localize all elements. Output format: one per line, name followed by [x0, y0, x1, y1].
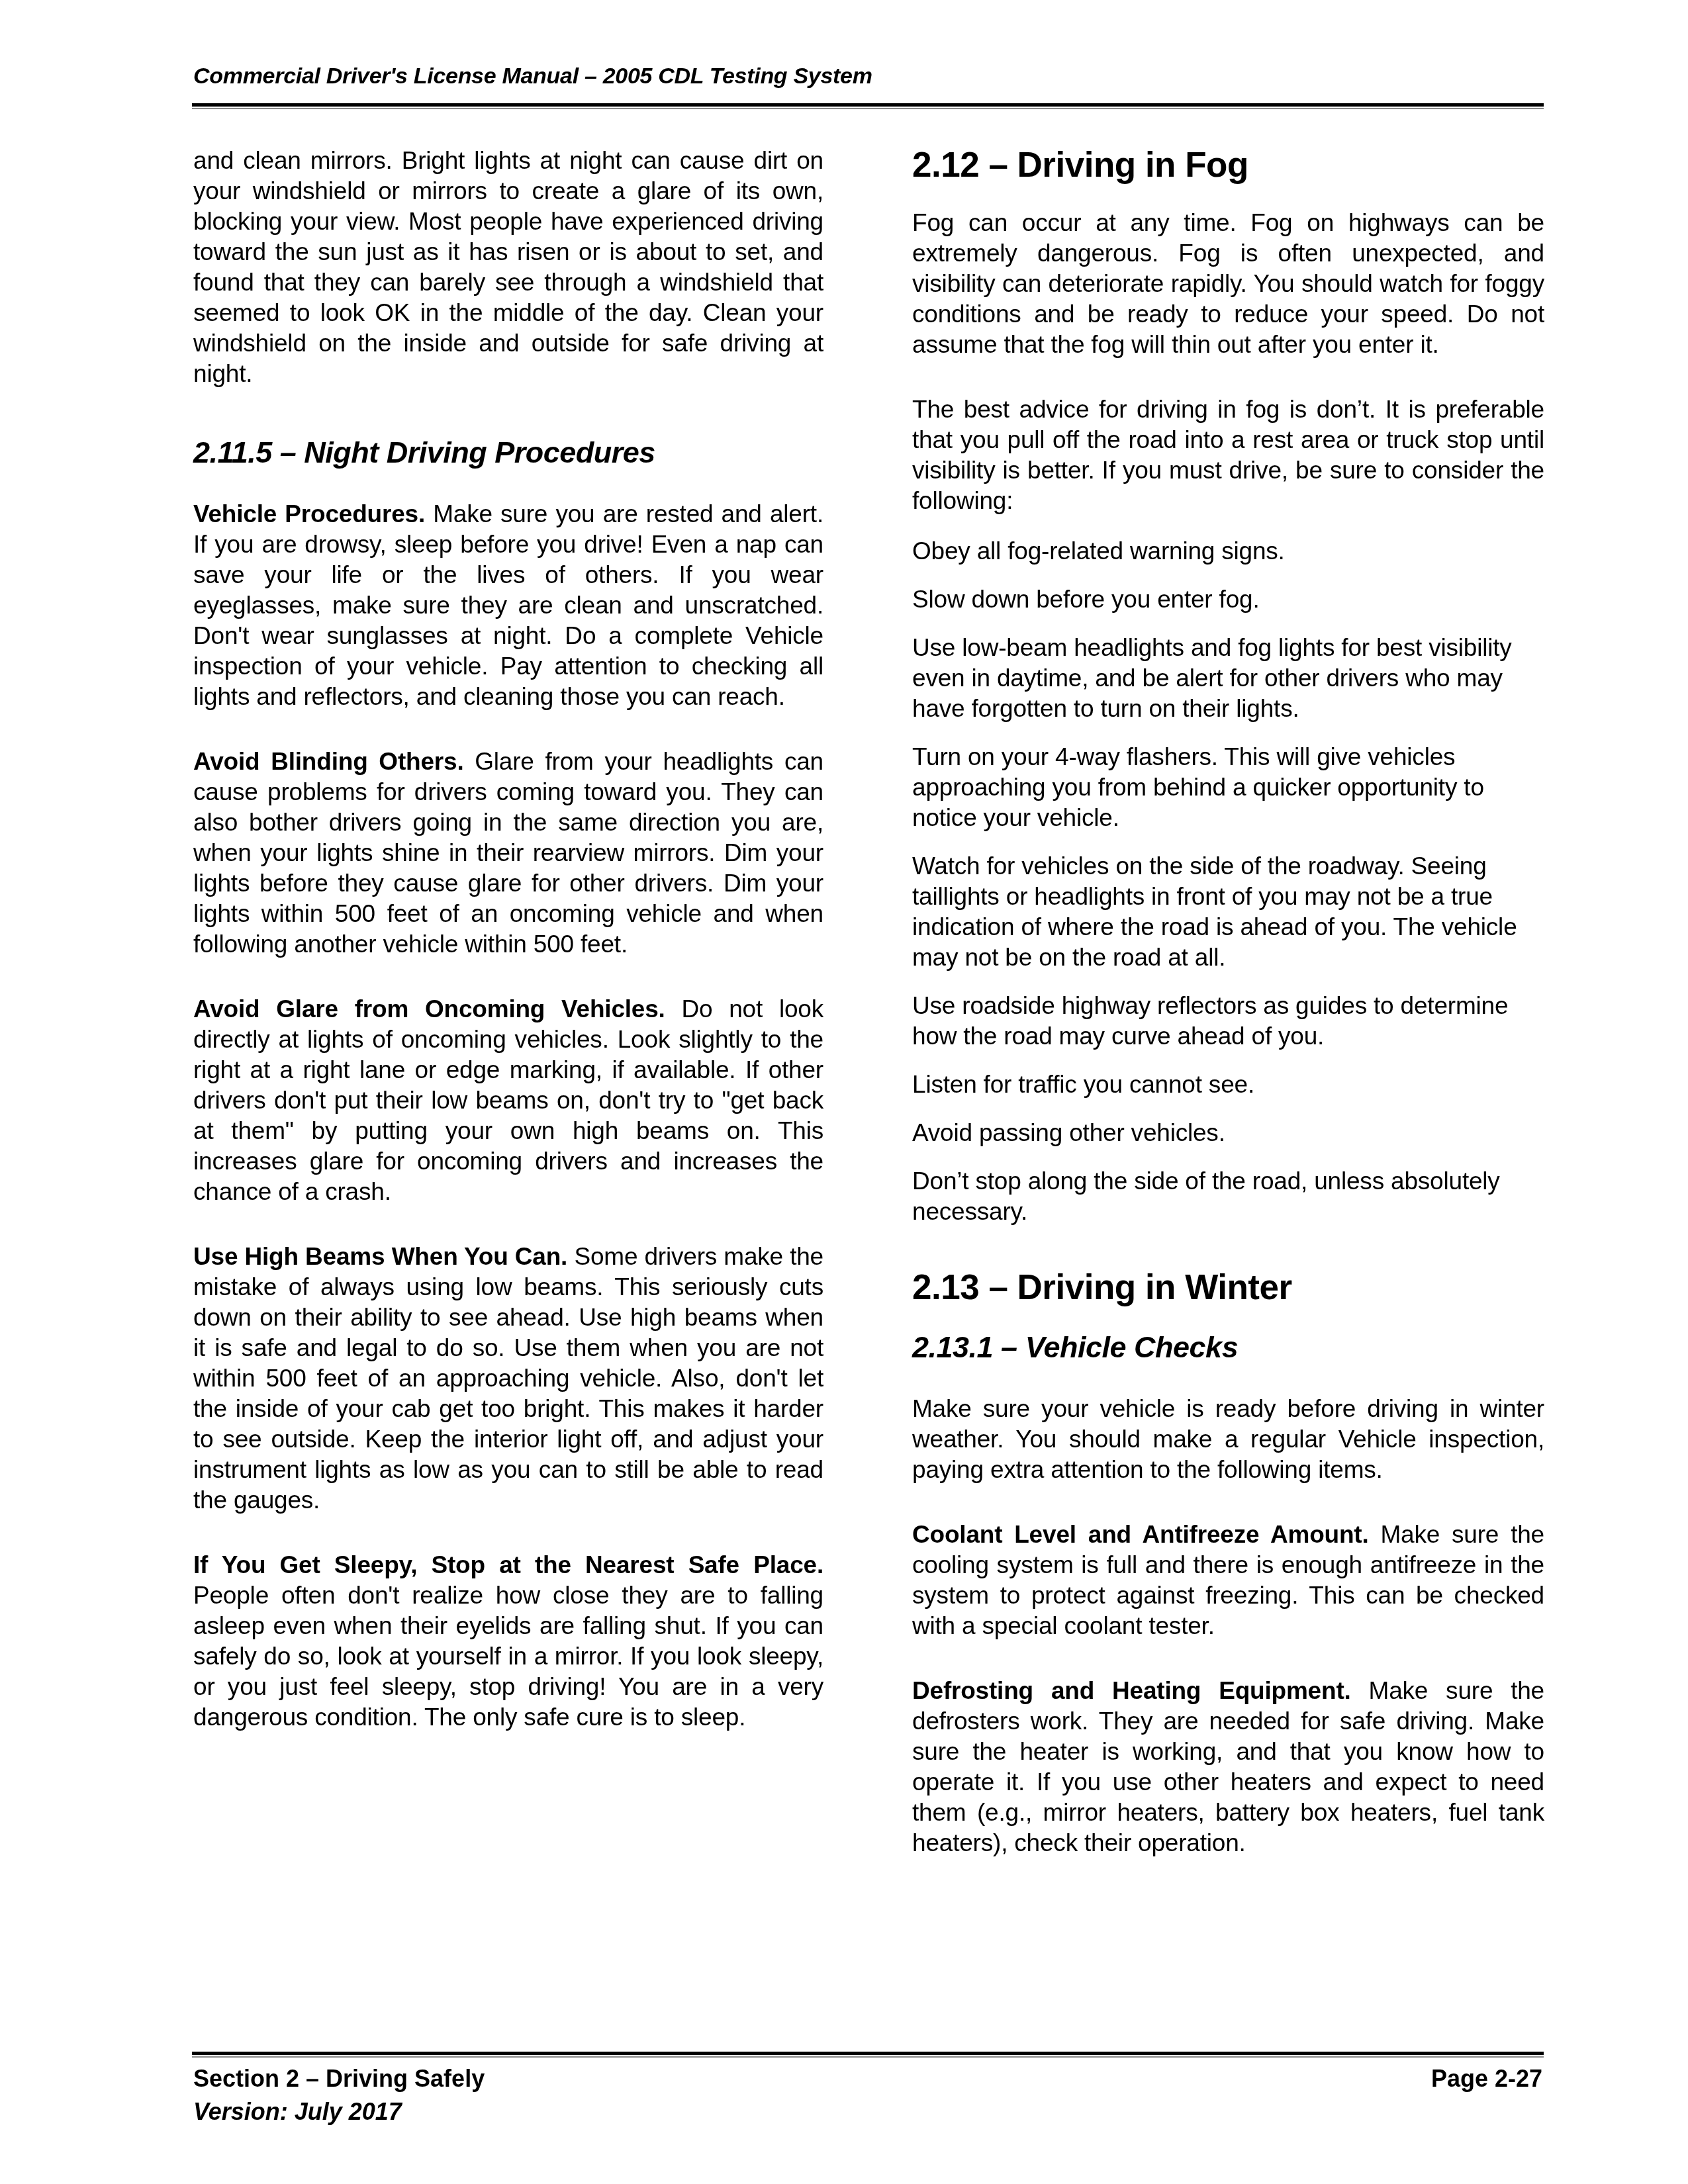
paragraph-vehicle-procedures: Vehicle Procedures. Make sure you are re… [193, 499, 823, 712]
fog-item-flashers: Turn on your 4-way flashers. This will g… [912, 742, 1544, 833]
paragraph-avoid-blinding-others: Avoid Blinding Others. Glare from your h… [193, 747, 823, 960]
fog-item-reflectors: Use roadside highway reflectors as guide… [912, 991, 1544, 1052]
avoid-glare-text: Do not look directly at lights of oncomi… [193, 995, 823, 1205]
high-beams-text: Some drivers make the mistake of always … [193, 1243, 823, 1514]
fog-item-slow-down: Slow down before you enter fog. [912, 584, 1544, 615]
vehicle-procedures-lead: Vehicle Procedures. [193, 500, 425, 527]
paragraph-high-beams: Use High Beams When You Can. Some driver… [193, 1242, 823, 1516]
manual-page: Commercial Driver's License Manual – 200… [0, 0, 1688, 2184]
paragraph-fog-advice: The best advice for driving in fog is do… [912, 394, 1544, 516]
header-rule [192, 103, 1544, 109]
high-beams-lead: Use High Beams When You Can. [193, 1243, 567, 1270]
paragraph-get-sleepy: If You Get Sleepy, Stop at the Nearest S… [193, 1550, 823, 1733]
footer-rule [192, 2052, 1544, 2058]
fog-item-obey-signs: Obey all fog-related warning signs. [912, 536, 1544, 567]
heading-vehicle-checks: 2.13.1 – Vehicle Checks [912, 1330, 1544, 1365]
heading-driving-in-fog: 2.12 – Driving in Fog [912, 146, 1544, 185]
sleepy-lead: If You Get Sleepy, Stop at the Nearest S… [193, 1551, 823, 1578]
fog-item-watch-roadside: Watch for vehicles on the side of the ro… [912, 851, 1544, 973]
avoid-blinding-text: Glare from your headlights can cause pro… [193, 748, 823, 958]
avoid-blinding-lead: Avoid Blinding Others. [193, 748, 463, 775]
right-column: 2.12 – Driving in Fog Fog can occur at a… [912, 146, 1544, 1893]
heading-night-driving-procedures: 2.11.5 – Night Driving Procedures [193, 435, 823, 470]
defrost-lead: Defrosting and Heating Equipment. [912, 1677, 1351, 1704]
left-column: and clean mirrors. Bright lights at nigh… [193, 146, 823, 1767]
paragraph-defrosting: Defrosting and Heating Equipment. Make s… [912, 1676, 1544, 1858]
fog-item-dont-stop: Don’t stop along the side of the road, u… [912, 1166, 1544, 1227]
paragraph-clean-mirrors: and clean mirrors. Bright lights at nigh… [193, 146, 823, 389]
footer-section-label: Section 2 – Driving Safely [193, 2065, 485, 2093]
footer-version-label: Version: July 2017 [193, 2098, 402, 2126]
avoid-glare-lead: Avoid Glare from Oncoming Vehicles. [193, 995, 665, 1023]
coolant-lead: Coolant Level and Antifreeze Amount. [912, 1521, 1369, 1548]
fog-item-low-beams: Use low-beam headlights and fog lights f… [912, 633, 1544, 724]
vehicle-procedures-text: Make sure you are rested and alert. If y… [193, 500, 823, 710]
heading-driving-in-winter: 2.13 – Driving in Winter [912, 1268, 1544, 1308]
paragraph-coolant: Coolant Level and Antifreeze Amount. Mak… [912, 1520, 1544, 1641]
sleepy-text: People often don't realize how close the… [193, 1582, 823, 1731]
fog-item-avoid-passing: Avoid passing other vehicles. [912, 1118, 1544, 1148]
paragraph-avoid-glare: Avoid Glare from Oncoming Vehicles. Do n… [193, 994, 823, 1207]
header-title: Commercial Driver's License Manual – 200… [193, 64, 872, 89]
fog-item-listen: Listen for traffic you cannot see. [912, 1069, 1544, 1100]
footer-page-number: Page 2-27 [1431, 2065, 1542, 2093]
paragraph-fog-intro: Fog can occur at any time. Fog on highwa… [912, 208, 1544, 360]
paragraph-winter-intro: Make sure your vehicle is ready before d… [912, 1394, 1544, 1485]
